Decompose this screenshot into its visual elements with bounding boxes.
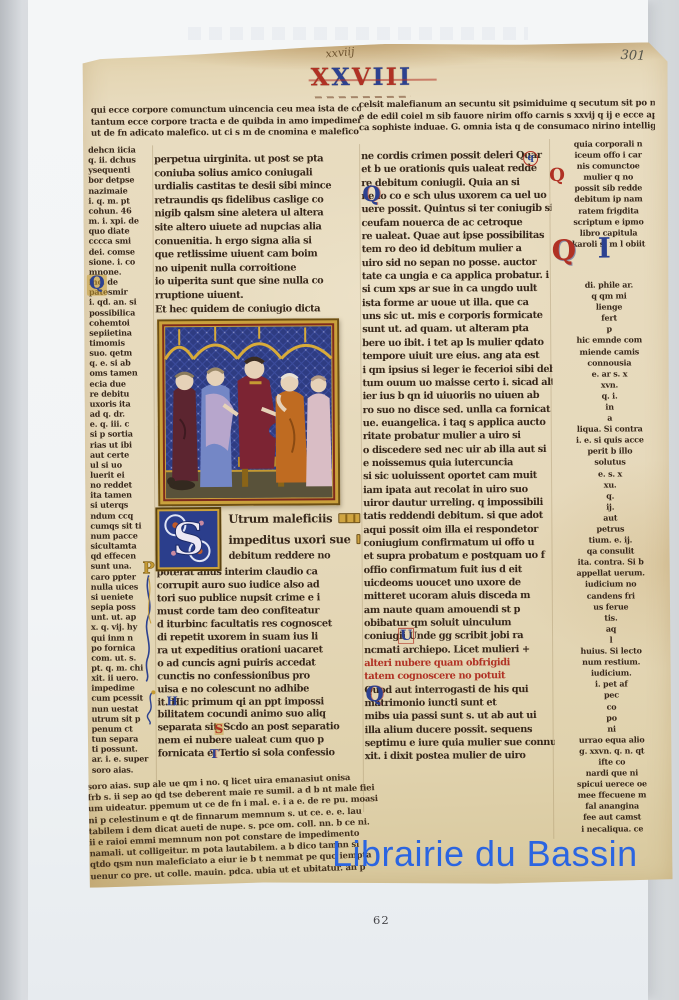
text-line: oms tamen (89, 368, 153, 379)
text-line: urrao equa alio (553, 734, 671, 746)
text-line: perpetua uirginita. ut post se pta (154, 152, 358, 167)
text-line: I (399, 62, 412, 91)
text-line: tis. (552, 612, 670, 624)
text-line: aqui possit oim illa ei respondetor (363, 523, 553, 538)
text-line: huius. Si lecto (552, 645, 670, 657)
text-line: illa alium ducere possit. sequens (365, 723, 555, 738)
text-line: Quod aut interrogasti de his qui (364, 683, 554, 698)
text-line: mulier q no (549, 172, 667, 184)
text-line: q. ii. dchus (88, 155, 152, 166)
gold-filler-bar (338, 513, 360, 523)
text-line: fal anangina (553, 801, 671, 813)
text-line: iceum offo i car (549, 149, 667, 161)
rubric-incipit: Utrum maleficiis impeditus uxori sue (228, 507, 360, 550)
text-line: obibatur qm soluit uinculum (364, 616, 554, 631)
text-line: urdialis castitas te desii sibi mince (154, 179, 358, 194)
initial-u-right-column: U (399, 629, 413, 643)
text-line: e. s. x (551, 468, 669, 480)
svg-text:P: P (143, 558, 155, 577)
text-line: xit. i dixit postea mulier de uiro (365, 749, 555, 764)
text-line: X (311, 62, 332, 91)
pen-flourish-initial-p: P (140, 557, 159, 683)
text-line: d iturbinc facultatis res cognoscet (157, 618, 361, 632)
text-line: ysequenti (88, 165, 152, 176)
gold-filler-bar (357, 534, 361, 544)
initial-q-right-column-2: Q (365, 683, 383, 704)
initial-h-left-column: H (166, 695, 177, 707)
text-line: e. q. iii. c (90, 419, 154, 430)
incipit-line-2: impeditus uxori sue (228, 532, 350, 547)
text-line: uere possit. Quintus si ter coniugib si (361, 202, 551, 217)
text-line: tempore uiuit ure eius. ang ata est (362, 349, 552, 364)
text-line: corrupit auro suo iudice also ad (157, 579, 361, 593)
text-line: coniugii Unde gg scribit jobi ra (364, 629, 554, 644)
text-line: suo. qetm (89, 347, 153, 358)
text-line: liqua. Si contra (551, 423, 669, 435)
manuscript-page: xxviij XXVIII 301 qui ecce corpore comun… (82, 42, 672, 888)
text-line: dei. comse (89, 246, 153, 257)
text-line: ceufam nouerca de ac cetroque (361, 216, 551, 231)
pen-flourish-small (143, 689, 157, 725)
text-line: ra ut expeditius orationi uacaret (157, 644, 361, 658)
text-line: ndum ccq (90, 510, 154, 521)
large-initial-i: I (598, 235, 611, 263)
text-line: fee aut camst (553, 812, 671, 824)
text-line: i. e. si quis acce (551, 434, 669, 446)
text-line: ritate probatur mulier a uiro si (363, 429, 553, 444)
text-line: conuenitia. h ergo signa alia si (155, 234, 359, 249)
text-line: cohun. 46 (88, 205, 152, 216)
left-column-upper-text: perpetua uirginita. ut post se ptaconiub… (154, 152, 359, 316)
red-ringed-letter: q (523, 151, 538, 166)
text-line: l (552, 634, 670, 646)
text-line: bilitatem cocundi animo suo aliq (157, 709, 361, 723)
text-line: cumqs sit ti (90, 520, 154, 531)
text-line: si cum xps ar sue in ca ungdo uult (362, 282, 552, 297)
text-line: nis comunctoe (549, 160, 667, 172)
text-line: fornicata e. Tertio si sola confessio (158, 747, 362, 761)
text-line: m. i. xpi. de (88, 215, 152, 226)
text-line: ca sophiste induae. G. omnia ista q de c… (359, 121, 655, 134)
text-line: tun separa (92, 733, 156, 744)
text-line: cccca smi (89, 236, 153, 247)
text-line: cohemtoi (89, 317, 153, 328)
text-line: ni (553, 723, 671, 735)
text-line: num restium. (552, 656, 670, 668)
text-line: io uiperita sunt que sine nulla co (155, 274, 359, 289)
text-line: co (552, 701, 670, 713)
text-line: g. xxvn. q. n. qt (553, 745, 671, 757)
text-line: nardi que ni (553, 767, 671, 779)
text-line: tate ca ungia e ca applica probatur. i (362, 269, 552, 284)
text-line: uicdeoms uoucet uno uxore de (364, 576, 554, 591)
text-line: o discedere sed nec uir ab illa aut si (363, 442, 553, 457)
text-line: must corde tam deo confiteatur (157, 605, 361, 619)
heading-flourish (315, 96, 411, 99)
text-line: num pacce (90, 530, 154, 541)
decorated-initial-s: S (155, 507, 221, 571)
text-line: possit sib redde (549, 183, 667, 195)
text-line: coniuba solius amico coniugali (154, 166, 358, 181)
text-line: cunctis no confessionibus pro (157, 670, 361, 684)
text-line: Et hec quidem de coniugio dicta (155, 302, 359, 317)
text-line: connousia (550, 357, 668, 369)
text-line: X (331, 62, 352, 91)
text-line: iudicium no (552, 579, 670, 591)
text-line: mibs uia passi sunt s. ut ab aut ui (364, 709, 554, 724)
text-line: ncmati archiepo. Licet mulieri + (364, 643, 554, 658)
text-line: no reddet (90, 480, 154, 491)
initial-q-right-column-1: Q (362, 183, 380, 204)
bookseller-watermark: Librairie du Bassin (332, 833, 638, 875)
text-line: q qm mi (550, 290, 668, 302)
text-line: alteri nubere quam obfrigidi (364, 656, 554, 671)
text-line: us ferue (552, 601, 670, 613)
text-line: aq (552, 623, 670, 635)
text-line: in (551, 401, 669, 413)
text-line: tatis reddendi debitum. si que adot (363, 509, 553, 524)
court-scene-miniature (157, 318, 340, 506)
text-line: uiro sid no sepan no posse. auctor (362, 256, 552, 271)
text-line: si p sortia (90, 429, 154, 440)
initial-q-right-margin: Q (549, 167, 565, 185)
text-line: fert (550, 312, 668, 324)
book-page-number: 62 (373, 913, 390, 927)
text-line: ar. i. e. super (92, 754, 156, 765)
text-line: appellat uerum. (552, 568, 670, 580)
text-line: i. qd. an. si (89, 297, 153, 308)
text-line: spicui uerece oe (553, 778, 671, 790)
text-line: nazimaie (88, 185, 152, 196)
text-line: separata sit. Scdo an post separatio (158, 722, 362, 736)
text-line: si uterqs (90, 500, 154, 511)
text-line: uiror dautur urreling. q impossibili (363, 496, 553, 511)
text-line: scriptum e ipmo (549, 216, 667, 228)
text-line: si sic uoluissent oportet cam muit (363, 469, 553, 484)
text-line: ratem frigdita (549, 205, 667, 217)
text-line: sicultamta (90, 540, 154, 551)
text-line: i qm ipsius si leger ie fecerioi sibi de… (362, 362, 552, 377)
text-line: rruptione uiuent. (155, 288, 359, 303)
text-line: perit b illo (551, 446, 669, 458)
text-line: soro aias. (92, 764, 156, 775)
svg-text:S: S (172, 514, 204, 565)
text-line: ecia due (89, 378, 153, 389)
initial-t-left-column: T (210, 748, 219, 760)
text-line: bor detpse (88, 175, 152, 186)
text-line: ad q. dr. (90, 408, 154, 419)
text-line: tium. e. ij. (551, 534, 669, 546)
text-line: sione. i. co (89, 256, 153, 267)
text-line: I (386, 62, 399, 91)
text-line: iudicium. (552, 667, 670, 679)
text-line: nem ei nubere ualeat cum quo p (158, 734, 362, 748)
text-line: i. q. m. pt (88, 195, 152, 206)
text-line: rias ut ibi (90, 439, 154, 450)
text-line: po (553, 712, 671, 724)
text-line: debitum ip nam (549, 194, 667, 206)
text-line: mitteret ucoram aluis disceda m (364, 589, 554, 604)
text-line: re debitu (90, 388, 154, 399)
incipit-line-3: debitum reddere no (229, 550, 361, 562)
text-line: it. Hic primum qi an ppt impossi (157, 696, 361, 710)
text-line: re ualeat. Quae aut ipse possibilitas (362, 229, 552, 244)
text-line: ut de fn adicato malefico. ut ci s m de … (91, 127, 361, 140)
text-line: xvn. (550, 379, 668, 391)
text-line: sepiietina (89, 327, 153, 338)
text-line: site altero uiuete ad nupcias alia (155, 220, 359, 235)
text-line: di. phile ar. (550, 279, 668, 291)
text-line: petrus (551, 523, 669, 535)
folio-inscription: xxviij (325, 45, 355, 61)
text-line: solutus (551, 457, 669, 469)
text-line: septimu e iure quia mulier sue connue (365, 736, 555, 751)
text-line: uisa e no colescunt no adhibe (157, 683, 361, 697)
text-line: et b ue orationis quis ualeat redde (361, 162, 551, 177)
text-line: que retlissime uiuent cam boim (155, 247, 359, 262)
text-line: coniugium confirmatum ui offo u (363, 536, 553, 551)
top-left-text-block: qui ecce corpore comunctum uincencia ceu… (91, 104, 361, 140)
text-line: ro suo no disce sed. unlla ca fornicat i… (363, 402, 553, 417)
text-line: miende camis (550, 346, 668, 358)
text-line: ista forme ar uoue ut illa. que ca (362, 296, 552, 311)
text-line: ita. contra. Si b (552, 556, 670, 568)
text-line: q. e. si ab (89, 358, 153, 369)
text-line: re debitum coniugii. Quia an si (361, 176, 551, 191)
text-line: bere uo ibit. i tet ap ls mulier qdato (362, 336, 552, 351)
text-line: aut certe (90, 449, 154, 460)
folio-number: 301 (620, 48, 645, 64)
text-line: ue. euangelica. i taq s applica aucto (363, 416, 553, 431)
chapter-heading-numeral: XXVIII (311, 61, 461, 96)
text-line: dehcn iicia (88, 144, 152, 155)
text-line: no uipenit nulla corroitione (155, 261, 359, 276)
top-right-text-block: celsit malefianum an secuntu sit psimidu… (359, 98, 655, 135)
text-line: V (352, 62, 373, 91)
text-line: possibilica (89, 307, 153, 318)
text-line: lienge (550, 301, 668, 313)
text-line: qa consulit (551, 545, 669, 557)
text-line: a (551, 412, 669, 424)
text-line: p (550, 324, 668, 336)
initial-q-left-margin: Q (87, 275, 107, 296)
text-line: xu. (551, 479, 669, 491)
text-line: iam ipata aut recolat in uiro suo (363, 483, 553, 498)
text-line: sunt ut. ad quam. ut alteram pta (362, 322, 552, 337)
photo-background: xxviij XXVIII 301 qui ecce corpore comun… (0, 0, 679, 1000)
initial-s-left-column: S (215, 723, 224, 735)
text-line: e. ar s. x (550, 368, 668, 380)
left-column-lower-text: poterat alius interim claudio cacorrupit… (157, 566, 362, 762)
text-line: ij. (551, 501, 669, 513)
text-line: q. (551, 490, 669, 502)
large-initial-q: Q (552, 237, 577, 265)
text-line: luerit ei (90, 469, 154, 480)
text-line: tori suo publice nupsit crime e i (157, 592, 361, 606)
text-line: ier ius b qn id uiuoriis no uiuen ab (363, 389, 553, 404)
text-line: am naute quam amouendi st p (364, 603, 554, 618)
text-line: ne io co e sch ulus uxorem ca uel uo (361, 189, 551, 204)
text-line: timomis (89, 337, 153, 348)
text-line: i. pet af (552, 679, 670, 691)
text-line: hic emnde com (550, 335, 668, 347)
text-line: q. i. (551, 390, 669, 402)
text-line: ita tamen (90, 490, 154, 501)
text-line: tem ro deo id debitum mulier a (362, 242, 552, 257)
text-line: tatem cognoscere no potuit (364, 669, 554, 684)
text-line: ifte co (553, 756, 671, 768)
text-line: et supra probatum e postquam uo f (364, 549, 554, 564)
text-line: e noissemus quia iutercuncia (363, 456, 553, 471)
text-line: candens fri (552, 590, 670, 602)
text-line: offio confirmatum fuit ius d eit (364, 563, 554, 578)
text-line: tum ouum uo maisse certo i. sicad alter (362, 376, 552, 391)
right-column-text: ne cordis crimen possit deleri Quaret b … (361, 149, 555, 764)
show-through-smudge (188, 27, 528, 40)
text-line: quia corporali n (549, 138, 667, 150)
text-line: aut (551, 512, 669, 524)
text-line: uns sic ut. mis e corporis formicate (362, 309, 552, 324)
incipit-line-1: Utrum maleficiis (228, 511, 332, 526)
text-line: I (372, 62, 385, 91)
text-line: quo diate (89, 226, 153, 237)
text-line: matrimonio iuncti sunt et (364, 696, 554, 711)
text-line: uxoris ita (90, 398, 154, 409)
text-line: retraundis qs fidelibus caslige co (154, 193, 358, 208)
text-line: pec (552, 690, 670, 702)
text-line: o ad cuncis agni puiris accedat (157, 657, 361, 671)
text-line: nigib qalsm sine aletera ul altera (154, 206, 358, 221)
text-line: di repetit uxorem in suam ius li (157, 631, 361, 645)
text-line: ul si uo (90, 459, 154, 470)
text-line: mee ffecuene m (553, 789, 671, 801)
text-line: ti possunt. (92, 744, 156, 755)
